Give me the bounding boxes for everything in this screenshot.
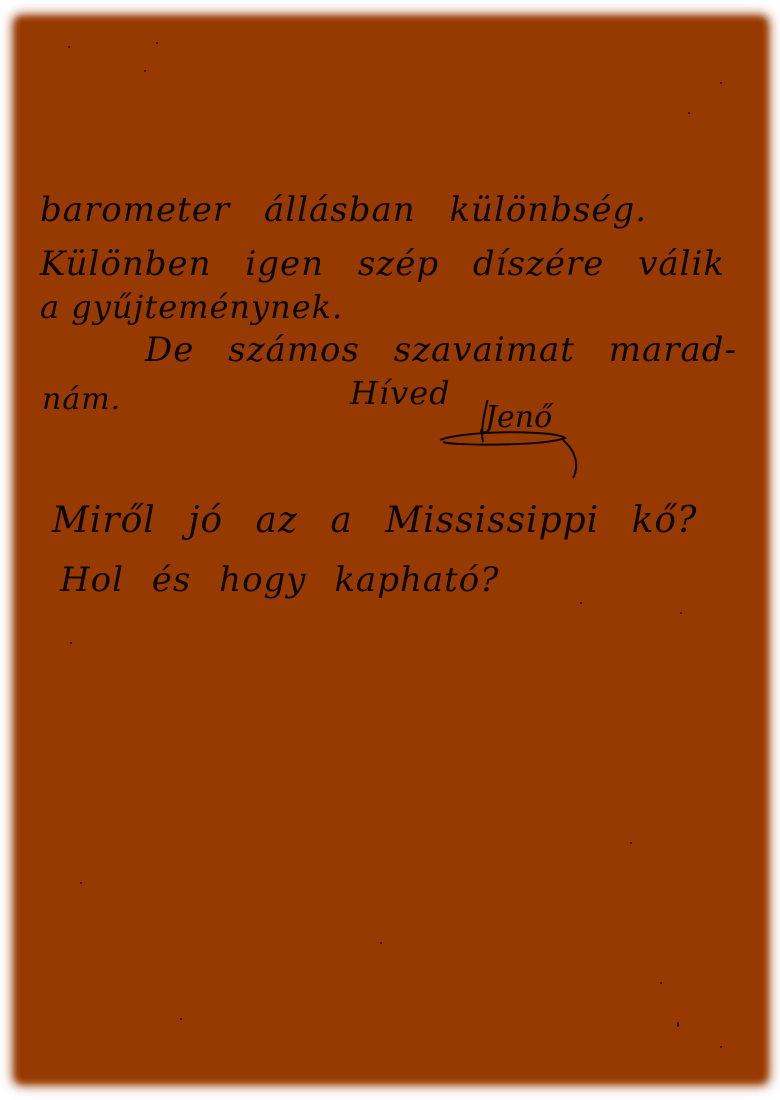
speck: [180, 1018, 182, 1020]
postscript-line-2: Hol és hogy kapható?: [60, 560, 500, 600]
speck: [688, 112, 690, 114]
speck: [720, 1046, 722, 1048]
speck: [380, 942, 382, 944]
postscript-line-1: Miről jó az a Mississippi kő?: [52, 500, 697, 541]
text-line-2: Különben igen szép díszére válik: [40, 244, 725, 284]
speck: [660, 982, 662, 984]
speck: [68, 46, 70, 48]
speck: [156, 42, 158, 44]
text-line-1: barometer állásban különbség.: [40, 190, 647, 230]
signature: Jenő: [435, 400, 615, 490]
speck: [580, 602, 582, 604]
speck: [70, 642, 72, 644]
speck: [144, 70, 146, 72]
speck: [80, 882, 82, 884]
text-line-3: a gyűjteménynek.: [40, 288, 343, 326]
signature-text: Jenő: [485, 400, 552, 435]
closing-line-2: nám.: [42, 382, 121, 417]
closing-line-1: De számos szavaimat marad-: [145, 330, 737, 370]
letter-page: barometer állásban különbség. Különben i…: [20, 22, 762, 1078]
speck: [630, 842, 632, 844]
speck: [680, 612, 682, 614]
speck: [720, 82, 722, 84]
speck: [677, 1022, 679, 1027]
